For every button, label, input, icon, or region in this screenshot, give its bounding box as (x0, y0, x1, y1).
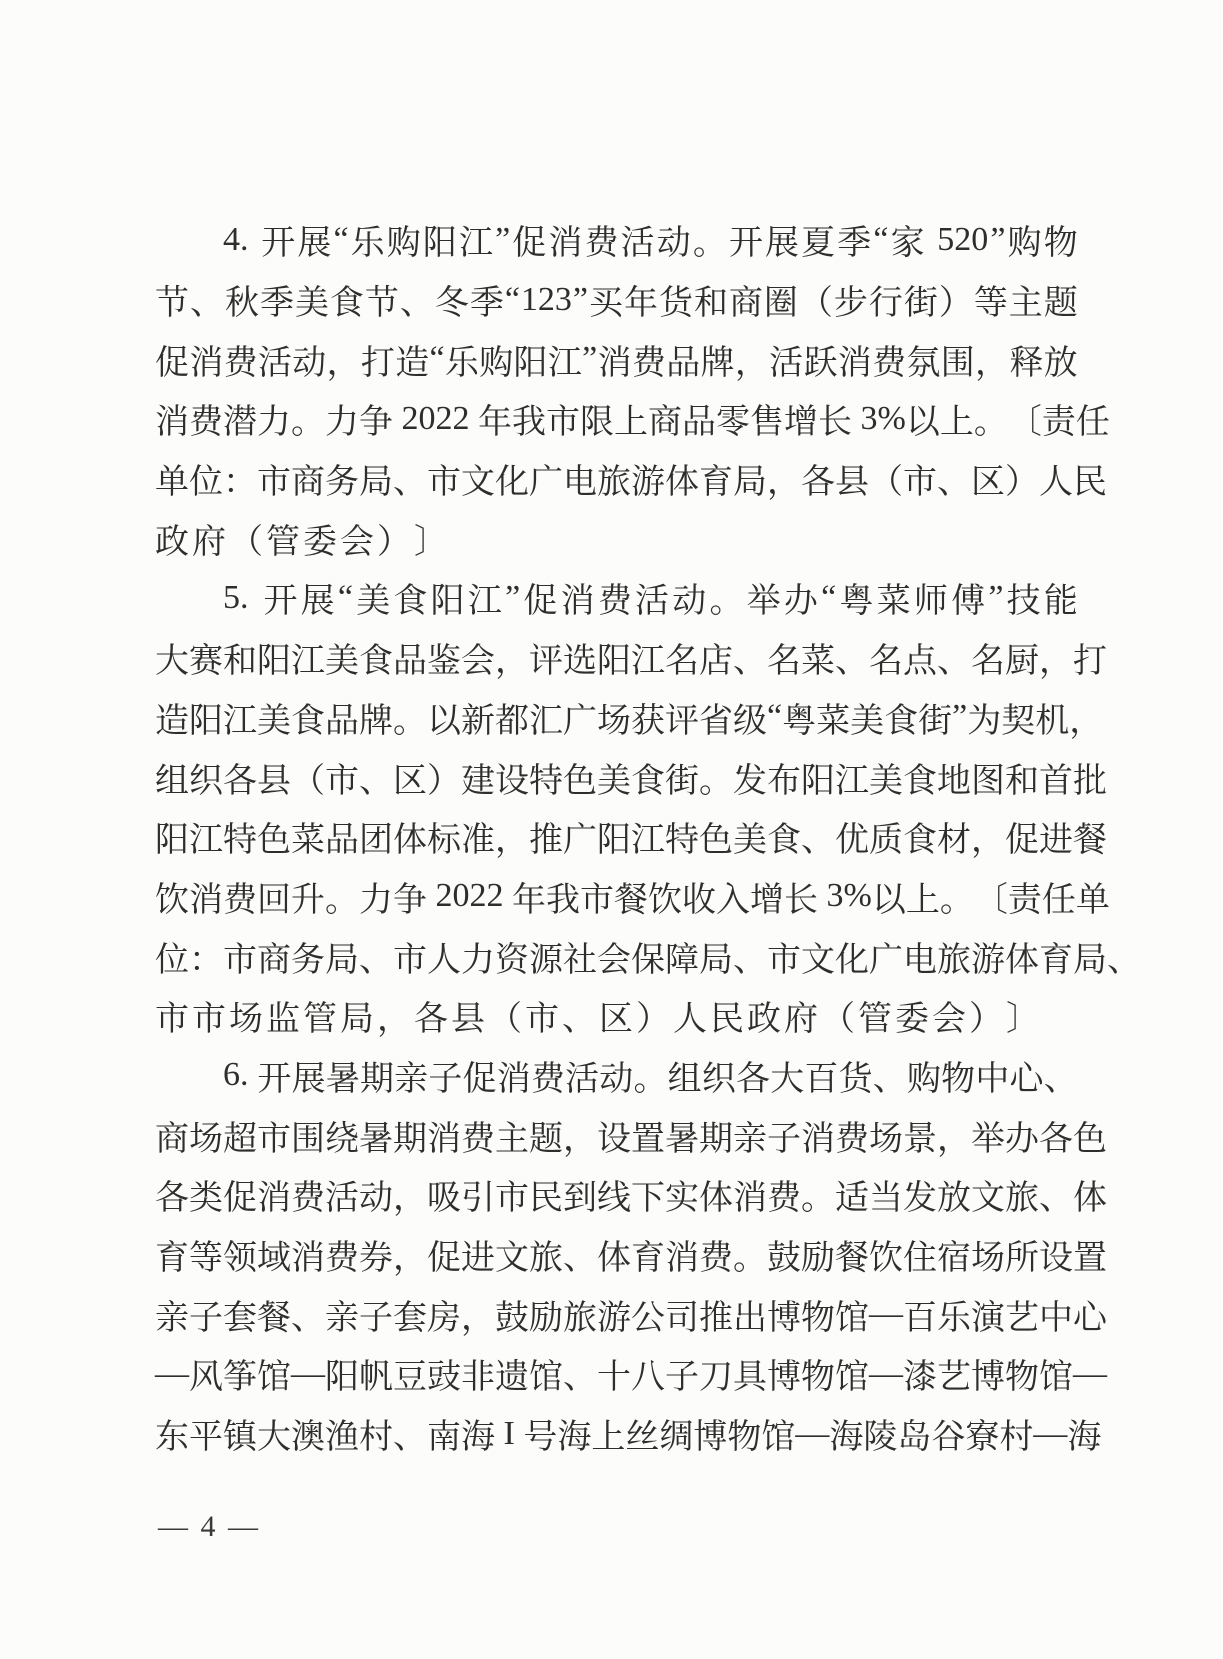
glyph: 司 (665, 1290, 699, 1339)
glyph: 任 (1042, 872, 1076, 921)
glyph: 。 (291, 394, 325, 443)
glyph: ， (937, 1111, 971, 1160)
glyph: 江 (835, 753, 869, 802)
glyph: 市 (427, 454, 461, 503)
glyph: 鼓 (767, 1230, 801, 1279)
glyph: 单 (1076, 872, 1110, 921)
glyph: 领 (223, 1230, 257, 1279)
glyph: 新 (461, 693, 495, 742)
glyph: 3% (827, 877, 872, 915)
glyph: ” (988, 579, 1003, 617)
glyph: 氛 (906, 335, 940, 384)
glyph: 风 (189, 1349, 223, 1398)
glyph: 放 (937, 1170, 971, 1219)
glyph: — (1073, 1355, 1107, 1393)
space (249, 1056, 258, 1094)
glyph: 优 (835, 812, 869, 861)
glyph: 海 (829, 1409, 863, 1458)
glyph: 丝 (625, 1409, 659, 1458)
glyph: 消 (598, 335, 632, 384)
glyph: 券 (359, 1230, 393, 1279)
glyph: 牌 (701, 335, 735, 384)
glyph: 契 (1001, 693, 1035, 742)
glyph: 阳 (514, 335, 548, 384)
glyph: 食 (393, 573, 427, 622)
glyph: 地 (937, 753, 971, 802)
text-line: 节、秋季美食节、冬季“123”买年货和商圈（步行街）等主题 (155, 270, 1078, 330)
glyph: 上 (940, 394, 974, 443)
glyph: 民 (710, 991, 744, 1040)
glyph: 百 (804, 1051, 838, 1100)
glyph: 活 (325, 1170, 359, 1219)
glyph: 。 (693, 215, 727, 264)
glyph: 市 (192, 991, 226, 1040)
space (252, 579, 261, 617)
text-line: 消费潜力。力争 2022 年我市限上商品零售增长 3%以上。〔责任 (155, 389, 1078, 449)
glyph: 售 (750, 394, 784, 443)
glyph: 单 (155, 454, 189, 503)
glyph: 级 (733, 693, 767, 742)
glyph: 餐 (257, 1290, 291, 1339)
glyph: ） (939, 275, 973, 324)
glyph: 广 (563, 693, 597, 742)
glyph: ” (952, 698, 967, 736)
glyph: 乐 (351, 215, 385, 264)
glyph: 活 (769, 335, 803, 384)
glyph: 引 (461, 1170, 495, 1219)
glyph: 色 (563, 753, 597, 802)
glyph: 团 (359, 812, 393, 861)
glyph: 消 (189, 872, 223, 921)
glyph: 家 (891, 215, 925, 264)
text-line: 5. 开展“美食阳江”促消费活动。举办“粤菜师傅”技能 (155, 568, 1078, 628)
glyph: 、 (1044, 1051, 1078, 1100)
glyph: （ (869, 454, 903, 503)
glyph: 秋 (225, 275, 259, 324)
glyph: ， (1069, 693, 1103, 742)
glyph: 潜 (223, 394, 257, 443)
glyph: 食 (884, 693, 918, 742)
glyph: 市 (325, 753, 359, 802)
glyph: 释 (1009, 335, 1043, 384)
glyph: 套 (223, 1290, 257, 1339)
glyph: 励 (801, 1230, 835, 1279)
glyph: 博 (767, 1349, 801, 1398)
glyph: 、 (1039, 1170, 1073, 1219)
glyph: 局 (359, 454, 393, 503)
glyph: 物 (941, 1051, 975, 1100)
text-line: 促消费活动，打造“乐购阳江”消费品牌，活跃消费氛围，释放 (155, 329, 1078, 389)
glyph: 食 (767, 812, 801, 861)
glyph: 、 (393, 1409, 427, 1458)
document-body: 4. 开展“乐购阳江”促消费活动。开展夏季“家 520”购物节、秋季美食节、冬季… (155, 210, 1078, 1463)
glyph: 特 (223, 812, 257, 861)
glyph: 府 (192, 514, 226, 563)
glyph: 推 (529, 812, 563, 861)
text-line: 各类促消费活动，吸引市民到线下实体消费。适当发放文旅、体 (155, 1165, 1078, 1225)
glyph: 消 (838, 335, 872, 384)
glyph: 粤 (782, 693, 816, 742)
glyph: 出 (733, 1290, 767, 1339)
glyph: 动 (292, 335, 326, 384)
glyph: 费 (632, 335, 666, 384)
glyph: 人 (1039, 454, 1073, 503)
glyph: 子 (665, 1349, 699, 1398)
glyph: 江 (631, 633, 665, 682)
glyph: 都 (495, 693, 529, 742)
glyph: 跃 (803, 335, 837, 384)
glyph: 费 (291, 1170, 325, 1219)
glyph: 艺 (937, 1349, 971, 1398)
glyph: 亲 (325, 1290, 359, 1339)
glyph: 上 (591, 1409, 625, 1458)
glyph: 增 (784, 394, 818, 443)
glyph: 旅 (529, 1230, 563, 1279)
glyph: 进 (1039, 812, 1073, 861)
glyph: 育 (1039, 932, 1073, 981)
glyph: 费 (223, 872, 257, 921)
glyph: 造 (155, 693, 189, 742)
glyph: 动 (672, 573, 706, 622)
glyph: 年 (478, 394, 512, 443)
glyph: 冬 (435, 275, 469, 324)
glyph: 市 (580, 872, 614, 921)
glyph: 消 (427, 1111, 461, 1160)
glyph: 。 (709, 573, 743, 622)
glyph: 东 (155, 1409, 189, 1458)
glyph: 、 (291, 1290, 325, 1339)
glyph: 馆 (257, 1349, 291, 1398)
glyph: 育 (631, 1230, 665, 1279)
glyph: 买 (589, 275, 623, 324)
glyph: 阳 (431, 573, 465, 622)
glyph: 励 (529, 1290, 563, 1339)
glyph: 市 (767, 932, 801, 981)
glyph: ） (377, 514, 411, 563)
glyph: 饮 (869, 1230, 903, 1279)
glyph: 线 (597, 1170, 631, 1219)
glyph: 村 (359, 1409, 393, 1458)
glyph: 管 (303, 991, 337, 1040)
glyph: 名 (767, 633, 801, 682)
glyph: 费 (585, 215, 619, 264)
glyph: 促 (1005, 812, 1039, 861)
glyph: 、 (563, 1349, 597, 1398)
glyph: 美 (850, 693, 884, 742)
glyph: 、 (190, 275, 224, 324)
glyph: 电 (563, 454, 597, 503)
glyph: 消 (291, 1230, 325, 1279)
text-line: 育等领域消费券，促进文旅、体育消费。鼓励餐饮住宿场所设置 (155, 1225, 1078, 1285)
glyph: 收 (682, 872, 716, 921)
glyph: I (504, 1415, 515, 1453)
glyph: 菜 (877, 573, 911, 622)
glyph: 动 (359, 1170, 393, 1219)
glyph: 美 (325, 633, 359, 682)
glyph: 升 (291, 872, 325, 921)
glyph: 举 (747, 573, 781, 622)
glyph: 阳 (597, 633, 631, 682)
glyph: 费 (325, 1230, 359, 1279)
glyph: 粤 (839, 573, 873, 622)
glyph: 发 (733, 753, 767, 802)
glyph: 各 (155, 1170, 189, 1219)
glyph: 品 (325, 693, 359, 742)
glyph: 体 (665, 454, 699, 503)
glyph: 人 (427, 932, 461, 981)
glyph: 。 (974, 394, 1008, 443)
glyph: 育 (155, 1230, 189, 1279)
glyph: 委 (303, 514, 337, 563)
glyph: 商 (155, 1111, 189, 1160)
glyph: 场 (971, 1230, 1005, 1279)
glyph: 季 (837, 215, 871, 264)
glyph: 馆 (835, 1349, 869, 1398)
glyph: 造 (395, 335, 429, 384)
glyph: 亲 (394, 1051, 428, 1100)
glyph: 阳 (801, 753, 835, 802)
glyph: ， (377, 991, 411, 1040)
glyph: 房 (427, 1290, 461, 1339)
space (470, 400, 479, 438)
glyph: 特 (665, 812, 699, 861)
glyph: 长 (818, 394, 852, 443)
glyph: 位 (155, 932, 189, 981)
glyph: 县 (257, 753, 291, 802)
glyph: 机 (1035, 693, 1069, 742)
glyph: 节 (155, 275, 189, 324)
glyph: 、 (937, 633, 971, 682)
text-line: 饮消费回升。力争 2022 年我市餐饮收入增长 3%以上。〔责任单 (155, 867, 1078, 927)
glyph: 批 (1073, 753, 1107, 802)
glyph: 货 (839, 1051, 873, 1100)
glyph: 暑 (326, 1051, 360, 1100)
glyph: 场 (597, 693, 631, 742)
glyph: 特 (529, 753, 563, 802)
glyph: 围 (291, 1111, 325, 1160)
glyph: 人 (673, 991, 707, 1040)
glyph: 文 (461, 454, 495, 503)
glyph: 食 (291, 693, 325, 742)
glyph: 场 (869, 1111, 903, 1160)
glyph: 食 (359, 633, 393, 682)
glyph: 镇 (223, 1409, 257, 1458)
glyph: 体 (699, 1170, 733, 1219)
glyph: 食 (631, 753, 665, 802)
glyph: 费 (767, 1170, 801, 1219)
glyph: 购 (387, 215, 421, 264)
glyph: ， (393, 1170, 427, 1219)
glyph: 展 (297, 215, 331, 264)
glyph: 期 (699, 1111, 733, 1160)
glyph: 会 (461, 633, 495, 682)
glyph: 牌 (359, 693, 393, 742)
glyph: 等 (974, 275, 1008, 324)
glyph: （ (488, 991, 522, 1040)
glyph: 组 (155, 753, 189, 802)
glyph: 季 (260, 275, 294, 324)
glyph: 办 (1005, 1111, 1039, 1160)
glyph: “ (333, 221, 348, 259)
glyph: 举 (971, 1111, 1005, 1160)
glyph: 消 (189, 335, 223, 384)
glyph: 品 (666, 335, 700, 384)
glyph: 套 (393, 1290, 427, 1339)
glyph: 市 (223, 932, 257, 981)
glyph: 各 (223, 753, 257, 802)
glyph: 商 (648, 394, 682, 443)
glyph: 子 (428, 1051, 462, 1100)
glyph: 食 (330, 275, 364, 324)
glyph: 、 (393, 454, 427, 503)
glyph: ” (573, 281, 588, 319)
glyph: 责 (1042, 394, 1076, 443)
glyph: 美 (597, 753, 631, 802)
glyph: 圈 (764, 275, 798, 324)
glyph: 吸 (427, 1170, 461, 1219)
glyph: 、 (359, 932, 393, 981)
glyph: 技 (1007, 573, 1041, 622)
glyph: 购 (479, 335, 513, 384)
page-number: — 4 — (158, 1510, 258, 1544)
glyph: 〕 (414, 514, 448, 563)
glyph: 以 (872, 872, 906, 921)
glyph: 购 (1008, 215, 1042, 264)
glyph: 绸 (659, 1409, 693, 1458)
glyph: 费 (461, 1111, 495, 1160)
glyph: 、 (873, 1051, 907, 1100)
glyph: 馆 (761, 1409, 795, 1458)
glyph: 区 (971, 454, 1005, 503)
glyph: 夏 (801, 215, 835, 264)
glyph: 美 (869, 753, 903, 802)
glyph: 所 (1005, 1230, 1039, 1279)
glyph: 季 (470, 275, 504, 324)
glyph: 阳 (423, 215, 457, 264)
glyph: — (1033, 1415, 1067, 1453)
glyph: 文 (801, 932, 835, 981)
glyph: 点 (903, 633, 937, 682)
glyph: 6. (223, 1056, 249, 1094)
glyph: 打 (1073, 633, 1107, 682)
glyph: 〔 (1008, 394, 1042, 443)
glyph: 刀 (699, 1349, 733, 1398)
glyph: 520 (937, 221, 988, 259)
glyph: 育 (699, 454, 733, 503)
glyph: ， (971, 812, 1005, 861)
glyph: 购 (907, 1051, 941, 1100)
space (495, 1415, 504, 1453)
glyph: 材 (937, 812, 971, 861)
glyph: 厨 (1005, 633, 1039, 682)
glyph: 馆 (835, 1290, 869, 1339)
glyph: 费 (699, 1230, 733, 1279)
glyph: — (291, 1355, 325, 1393)
glyph: 街 (665, 753, 699, 802)
glyph: 打 (361, 335, 395, 384)
glyph: 〔 (974, 872, 1008, 921)
glyph: 宿 (937, 1230, 971, 1279)
glyph: 限 (580, 394, 614, 443)
glyph: 子 (359, 1290, 393, 1339)
glyph: 品 (325, 812, 359, 861)
glyph: 绕 (325, 1111, 359, 1160)
glyph: 局 (699, 932, 733, 981)
glyph: ， (1039, 633, 1073, 682)
glyph: 展 (765, 215, 799, 264)
glyph: 等 (189, 1230, 223, 1279)
glyph: 各 (736, 1051, 770, 1100)
glyph: 以 (427, 693, 461, 742)
glyph: 汇 (529, 693, 563, 742)
glyph: 围 (941, 335, 975, 384)
glyph: 色 (257, 812, 291, 861)
glyph: 菜 (801, 633, 835, 682)
glyph: 江 (223, 693, 257, 742)
glyph: 体 (597, 1230, 631, 1279)
text-line: 造阳江美食品牌。以新都汇广场获评省级“粤菜美食街”为契机， (155, 688, 1078, 748)
space (852, 400, 861, 438)
text-line: 6. 开展暑期亲子促消费活动。组织各大百货、购物中心、 (155, 1046, 1078, 1106)
text-line: 单位：市商务局、市文化广电旅游体育局，各县（市、区）人民 (155, 449, 1078, 509)
glyph: 十 (597, 1349, 631, 1398)
glyph: 心 (1010, 1051, 1044, 1100)
glyph: 子 (189, 1290, 223, 1339)
glyph: 展 (292, 1051, 326, 1100)
glyph: 物 (801, 1349, 835, 1398)
glyph: 我 (546, 872, 580, 921)
glyph: 澳 (291, 1409, 325, 1458)
glyph: 商 (257, 932, 291, 981)
glyph: 、 (562, 991, 596, 1040)
glyph: 。 (733, 1230, 767, 1279)
glyph: 体 (1073, 1170, 1107, 1219)
glyph: 海 (461, 1409, 495, 1458)
glyph: 区 (393, 753, 427, 802)
text-line: 东平镇大澳渔村、南海 I 号海上丝绸博物馆—海陵岛谷寮村—海 (155, 1404, 1078, 1464)
glyph: 江 (468, 573, 502, 622)
glyph: 物 (1044, 215, 1078, 264)
glyph: 主 (1009, 275, 1043, 324)
glyph: 菜 (291, 812, 325, 861)
glyph: 费 (189, 394, 223, 443)
glyph: 局 (325, 932, 359, 981)
glyph: 景 (903, 1111, 937, 1160)
space (393, 400, 402, 438)
glyph: 场 (189, 1111, 223, 1160)
glyph: 、 (835, 633, 869, 682)
glyph: ） (1005, 454, 1039, 503)
glyph: 色 (1073, 1111, 1107, 1160)
glyph: ， (393, 1230, 427, 1279)
glyph: （ (291, 753, 325, 802)
glyph: 和 (223, 633, 257, 682)
glyph: 费 (835, 1111, 869, 1160)
glyph: 亲 (155, 1290, 189, 1339)
glyph: 以 (906, 394, 940, 443)
glyph: 八 (631, 1349, 665, 1398)
glyph: 和 (1005, 753, 1039, 802)
glyph: 色 (699, 812, 733, 861)
glyph: 村 (999, 1409, 1033, 1458)
glyph: 123 (521, 281, 572, 319)
glyph: 渔 (325, 1409, 359, 1458)
glyph: 赛 (189, 633, 223, 682)
glyph: 饮 (155, 872, 189, 921)
space (927, 221, 936, 259)
glyph: 大 (257, 1409, 291, 1458)
glyph: ： (189, 932, 223, 981)
